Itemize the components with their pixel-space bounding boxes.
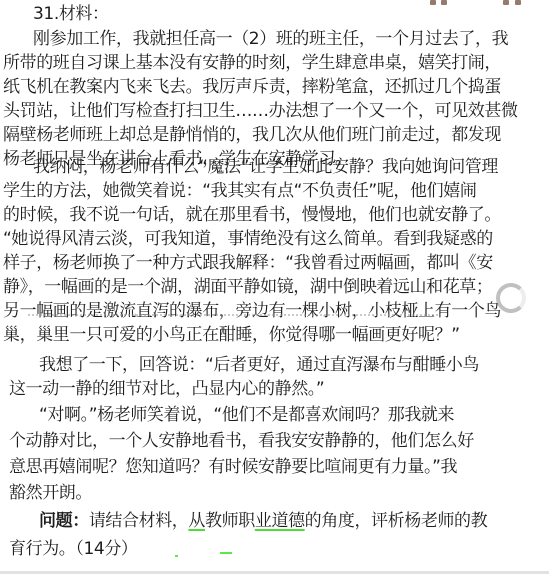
- paragraph-line: 巢，巢里一只可爱的小鸟正在酣睡，你觉得哪一幅画更好呢？”: [3, 324, 460, 346]
- paragraph-line: 样子，杨老师换了一种方式跟我解释：“我曾看过两幅画，都叫《安: [3, 252, 493, 274]
- paragraph-line: 纸飞机在教案内飞来飞去。我厉声斥责，摔粉笔盒，还抓过几个捣蛋: [3, 76, 501, 98]
- question-text: 的角度，评析杨老师的教: [305, 511, 488, 531]
- question-text: 教师职: [205, 511, 255, 531]
- question-line: 问题：请结合材料，从教师职业道德的角度，评析杨老师的教: [39, 510, 487, 532]
- paragraph-line: 头罚站，让他们写检查打扫卫生……办法想了一个又一个，可见效甚微: [3, 100, 518, 122]
- document-page: 31.材料： 刚参加工作，我就担任高一（2）班的班主任，一个月过去了，我 所带的…: [0, 0, 549, 574]
- decorative-mark: [430, 0, 436, 5]
- circle-stamp-icon: [496, 283, 526, 313]
- underlined-text: 从: [188, 511, 205, 531]
- paragraph-line: 学生的方法，她微笑着说：“我其实有点“不负责任”呢，他们嬉闹: [3, 180, 476, 202]
- question-text: 请结合材料，: [89, 511, 189, 531]
- decorative-mark: [441, 0, 447, 5]
- decorative-mark: [503, 0, 509, 5]
- paragraph-line: 刚参加工作，我就担任高一（2）班的班主任，一个月过去了，我: [33, 28, 508, 50]
- question-line: 育行为。（14分）: [9, 538, 138, 560]
- paragraph-line: “对啊。”杨老师笑着说，“他们不是都喜欢闹吗？那我就来: [39, 404, 454, 426]
- paragraph-line: 豁然开朗。: [9, 482, 92, 504]
- dotted-artifact: [28, 314, 438, 318]
- underlined-text: 业道德: [255, 511, 305, 531]
- paragraph-line: 意思再嬉闹呢？您知道吗？有时候安静要比喧闹更有力量。”我: [9, 456, 457, 478]
- paragraph-line: 的时候，我不说一句话，就在那里看书，慢慢地，他们也就安静了。: [3, 204, 501, 226]
- green-mark: [220, 552, 232, 554]
- paragraph-line: 个动静对比，一个人安静地看书，看我安安静静的，他们怎么好: [9, 430, 474, 452]
- paragraph-line: 静》，一幅画的是一个湖，湖面平静如镜，湖中倒映着远山和花草；: [3, 276, 493, 298]
- question-label: 问题：: [39, 511, 89, 531]
- paragraph-line: 我纳闷，杨老师有什么“魔法”让学生如此安静？我向她询问管理: [33, 156, 498, 178]
- paragraph-line: 隔壁杨老师班上却总是静悄悄的，我几次从他们班门前走过，都发现: [3, 124, 501, 146]
- paragraph-line: “她说得风清云淡，可我知道，事情绝没有这么简单。看到我疑惑的: [3, 228, 493, 250]
- paragraph-line: 另一幅画的是激流直泻的瀑布，旁边有一棵小树，小枝桠上有一个鸟: [3, 300, 501, 322]
- material-heading: 31.材料：: [33, 3, 109, 25]
- paragraph-line: 我想了一下，回答说：“后者更好，通过直泻瀑布与酣睡小鸟: [39, 354, 479, 376]
- paragraph-line: 这一动一静的细节对比，凸显内心的静然。”: [9, 378, 324, 400]
- green-mark: [175, 555, 178, 557]
- paragraph-line: 所带的班自习课上基本没有安静的时刻，学生肆意串桌，嬉笑打闹，: [3, 52, 501, 74]
- decorative-mark: [515, 0, 521, 5]
